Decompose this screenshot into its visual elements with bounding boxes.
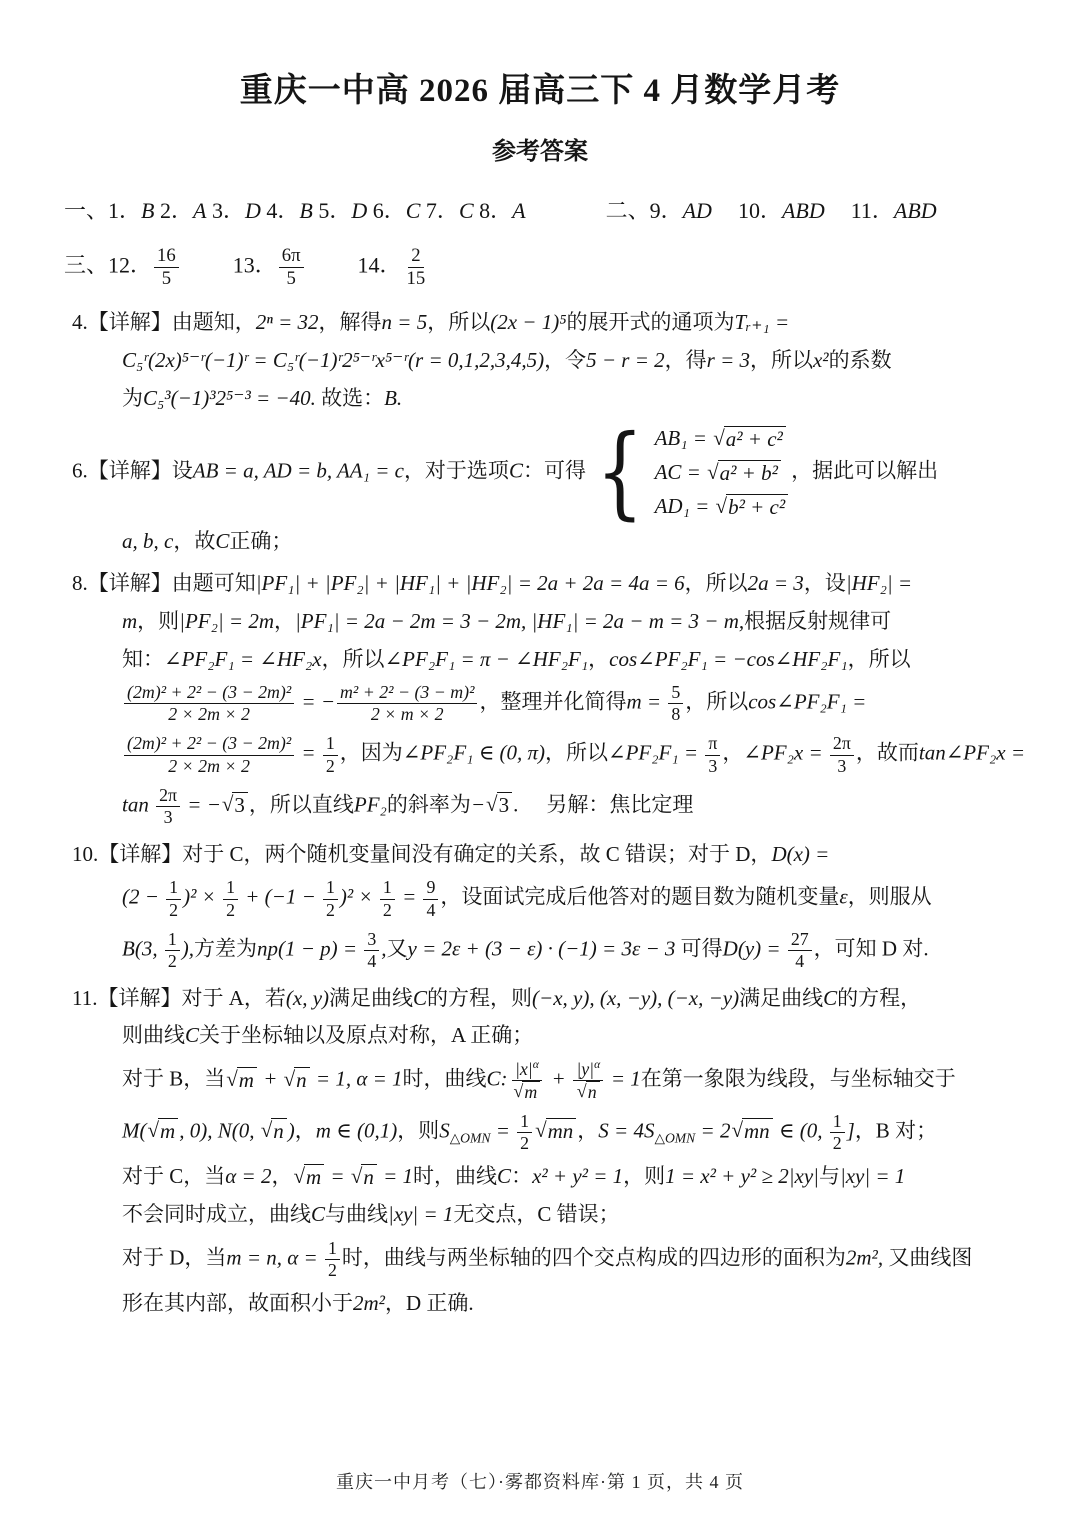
square-root: √a² + c²: [713, 426, 786, 451]
text-run: 故选：: [316, 386, 384, 410]
radicand: m: [237, 1067, 257, 1092]
math-run: 2 × m × 2: [371, 704, 444, 724]
subscript: △OMN: [654, 1130, 695, 1145]
fraction: 12: [517, 1111, 532, 1154]
text-run: ，: [588, 647, 609, 671]
denominator: 2 × m × 2: [368, 704, 447, 725]
numerator: 2π: [830, 733, 854, 755]
text-run: ，: [271, 1164, 292, 1188]
text-run: 在第一象限为线段，与坐标轴交于: [641, 1067, 956, 1091]
text-run: ，所以: [427, 310, 490, 334]
radicand: 3: [497, 792, 513, 817]
math-run: n: [273, 1119, 284, 1143]
math-run: ε: [839, 885, 847, 909]
text-run: 正确；: [229, 529, 292, 553]
math-run: C: [413, 986, 427, 1010]
radicand: 3: [232, 792, 248, 817]
text-run: ，则: [623, 1164, 665, 1188]
math-run: AB = a, AD = b, AA₁ = c: [193, 458, 404, 482]
denominator: 3: [834, 756, 849, 777]
square-root: √m: [226, 1067, 257, 1092]
radicand: n: [294, 1067, 310, 1092]
text-run: ，因为: [340, 741, 403, 765]
text-run: 与: [819, 1164, 840, 1188]
text-run: ，故: [173, 529, 215, 553]
text-run: 与曲线: [325, 1202, 388, 1226]
square-root: √m: [148, 1118, 179, 1143]
math-run: , 0), N(0,: [179, 1118, 260, 1142]
text-run: 无交点，C 错误；: [453, 1202, 619, 1226]
math-run: M(: [122, 1118, 147, 1142]
fraction: |y|α√n: [573, 1059, 604, 1103]
text-run: 时，曲线与两坐标轴的四个交点构成的四边形的面积为: [342, 1245, 846, 1269]
text-run: ：可得: [523, 458, 586, 482]
math-run: 2 × 2m × 2: [168, 756, 250, 776]
math-run: B: [141, 198, 154, 223]
text-run: ，整理并化简得: [479, 690, 626, 714]
solution-line: 不会同时成立，曲线C与曲线|xy| = 1无交点，C 错误；: [122, 1200, 1080, 1230]
math-run: ∈ (0,: [774, 1118, 828, 1142]
math-run: = 2: [695, 1118, 730, 1142]
text-run: 方差为: [194, 936, 257, 960]
text-run: 的斜率为: [387, 792, 471, 816]
math-run: −: [471, 792, 485, 816]
fraction: 12: [830, 1111, 845, 1154]
text-run: 11.【详解】对于 A，若: [72, 986, 286, 1010]
text-run: ，设面试完成后他答对的题目数为随机变量: [440, 885, 839, 909]
text-run: ，所以: [545, 741, 608, 765]
square-root: √m: [514, 1081, 541, 1103]
math-run: =: [325, 1164, 350, 1188]
numerator: 27: [788, 929, 812, 951]
text-run: 满足曲线: [739, 986, 823, 1010]
text-run: ，据此可以解出: [791, 458, 938, 482]
math-run: C₅ʳ(2x)⁵⁻ʳ(−1)ʳ = C₅ʳ(−1)ʳ2⁵⁻ʳx⁵⁻ʳ(r = 0…: [122, 348, 544, 372]
page-title: 重庆一中高 2026 届高三下 4 月数学月考: [0, 64, 1080, 111]
square-root: √3: [222, 792, 248, 817]
fraction: 2π3: [830, 733, 854, 776]
text-run: 不会同时成立，曲线: [122, 1202, 311, 1226]
solution-line: 8.【详解】由题可知|PF₁| + |PF₂| + |HF₁| + |HF₂| …: [72, 569, 1080, 599]
math-run: x² + y² = 1: [532, 1164, 623, 1188]
square-root: √mn: [731, 1118, 772, 1143]
denominator: 2: [325, 1260, 340, 1281]
text-run: 14．: [358, 253, 402, 278]
numerator: 1: [323, 733, 338, 755]
solution-line: (2 − 12)² × 12 + (−1 − 12)² × 12 = 94，设面…: [122, 877, 1080, 920]
math-run: α = 2: [225, 1164, 271, 1188]
text-run: ，所以直线: [249, 792, 354, 816]
solution-line: 则曲线C关于坐标轴以及原点对称，A 正确；: [122, 1021, 1080, 1051]
math-run: m ∈ (0,1): [316, 1118, 397, 1142]
text-run: 6．: [367, 198, 406, 223]
summary-line-2: 三、12．16513．6π514．215: [64, 245, 1080, 290]
text-run: ，可知 D 对.: [814, 936, 929, 960]
math-run: ABD: [782, 198, 825, 223]
math-run: np(1 − p) =: [257, 936, 362, 960]
fraction: 12: [166, 877, 181, 920]
math-run: PF₂: [354, 792, 387, 816]
math-run: C: [509, 458, 523, 482]
math-run: |PF₂| = 2m: [179, 609, 274, 633]
math-run: +: [258, 1067, 283, 1091]
text-run: ，所以: [848, 647, 911, 671]
radicand: n: [271, 1118, 287, 1143]
text-run: ，设: [804, 571, 846, 595]
text-run: 5．: [313, 198, 352, 223]
math-run: S: [439, 1118, 450, 1142]
superscript: α: [533, 1058, 539, 1071]
text-run: 8.【详解】由题可知: [72, 571, 256, 595]
denominator: 2 × 2m × 2: [165, 704, 253, 725]
solution-line: (2m)² + 2² − (3 − 2m)²2 × 2m × 2 = −m² +…: [122, 682, 1080, 725]
text-run: ，所以: [685, 690, 748, 714]
math-run: |xy| = 1: [388, 1202, 453, 1226]
math-run: (2m)² + 2² − (3 − 2m)²: [127, 733, 291, 753]
numerator: (2m)² + 2² − (3 − 2m)²: [124, 682, 294, 704]
numerator: 1: [223, 877, 238, 899]
solution-line: 对于 D，当m = n, α = 12时，曲线与两坐标轴的四个交点构成的四边形的…: [122, 1238, 1080, 1281]
radicand: a² + c²: [724, 426, 786, 451]
math-run: m: [306, 1165, 321, 1189]
spacer: [712, 212, 738, 213]
math-run: |x|: [515, 1059, 533, 1079]
solution-line: tan 2π3 = −√3，所以直线PF₂的斜率为−√3.另解：焦比定理: [122, 785, 1080, 828]
text-run: 10．: [738, 198, 782, 223]
math-run: cos∠PF₂F₁ =: [748, 690, 866, 714]
math-run: D(x) =: [771, 842, 829, 866]
solution-line: 4.【详解】由题知，2ⁿ = 32，解得n = 5，所以(2x − 1)⁵的展开…: [72, 308, 1080, 338]
text-run: ，所以: [750, 348, 813, 372]
square-root: √3: [486, 792, 512, 817]
solutions-section: 4.【详解】由题知，2ⁿ = 32，解得n = 5，所以(2x − 1)⁵的展开…: [0, 308, 1080, 1318]
denominator: √m: [510, 1081, 545, 1103]
text-run: ，则: [397, 1118, 439, 1142]
math-run: AD₁ =: [655, 494, 715, 518]
text-run: ，: [295, 1118, 316, 1142]
solution-q6: 6.【详解】设AB = a, AD = b, AA₁ = c，对于选项C：可得{…: [0, 426, 1080, 557]
math-run: B: [299, 198, 312, 223]
math-run: =: [296, 741, 321, 765]
numerator: 16: [154, 245, 179, 268]
fraction: 6π5: [279, 245, 304, 290]
spacer: [181, 267, 233, 268]
math-run: |xy| = 1: [840, 1164, 905, 1188]
denominator: 4: [423, 900, 438, 921]
text-run: 的方程，则: [427, 986, 532, 1010]
math-run: =: [397, 885, 422, 909]
solution-line: C₅ʳ(2x)⁵⁻ʳ(−1)ʳ = C₅ʳ(−1)ʳ2⁵⁻ʳx⁵⁻ʳ(r = 0…: [122, 346, 1080, 376]
math-run: AB₁ =: [655, 426, 713, 450]
math-run: C: [185, 1023, 199, 1047]
denominator: 2: [830, 1133, 845, 1154]
fraction: 274: [788, 929, 812, 972]
text-run: 时，曲线: [413, 1164, 497, 1188]
square-root: √n: [284, 1067, 310, 1092]
numerator: |y|α: [573, 1059, 603, 1081]
fraction: 58: [668, 682, 683, 725]
math-run: tan: [122, 792, 154, 816]
math-run: C: [311, 1202, 325, 1226]
square-root: √b² + c²: [716, 494, 789, 519]
denominator: 3: [705, 756, 720, 777]
case-row: AB₁ = √a² + c²: [655, 426, 790, 451]
text-run: 11．: [851, 198, 894, 223]
solution-line: B(3, 12),方差为np(1 − p) = 34,又y = 2ε + (3 …: [122, 929, 1080, 972]
text-run: ，故而: [856, 741, 919, 765]
fraction: 94: [423, 877, 438, 920]
case-row: AD₁ = √b² + c²: [655, 494, 790, 519]
solution-line: 11.【详解】对于 A，若(x, y)满足曲线C的方程，则(−x, y), (x…: [72, 984, 1080, 1014]
math-run: C: [459, 198, 474, 223]
solution-line: 10.【详解】对于 C，两个随机变量间没有确定的关系，故 C 错误；对于 D，D…: [72, 840, 1080, 870]
page-subtitle: 参考答案: [0, 131, 1080, 166]
denominator: 5: [159, 268, 174, 290]
spacer: [306, 267, 358, 268]
text-run: 关于坐标轴以及原点对称，A 正确；: [199, 1023, 533, 1047]
equation-system: {AB₁ = √a² + c²AC = √a² + b²AD₁ = √b² + …: [588, 426, 789, 520]
math-run: ∠PF₂F₁ =: [608, 741, 703, 765]
solution-line: 形在其内部，故面积小于2m²，D 正确.: [122, 1289, 1080, 1319]
solution-line: M(√m, 0), N(0, √n)，m ∈ (0,1)，则S△OMN = 12…: [122, 1111, 1080, 1154]
math-run: AD: [683, 198, 712, 223]
math-run: = 1, α = 1: [311, 1067, 403, 1091]
math-run: =: [491, 1118, 516, 1142]
text-run: ，对于选项: [404, 458, 509, 482]
denominator: 2 × 2m × 2: [165, 756, 253, 777]
numerator: (2m)² + 2² − (3 − 2m)²: [124, 733, 294, 755]
math-run: A: [193, 198, 206, 223]
text-run: 的展开式的通项为: [567, 310, 735, 334]
math-run: m: [524, 1082, 537, 1102]
math-run: C: [215, 529, 229, 553]
text-run: ，令: [544, 348, 586, 372]
denominator: 2: [323, 900, 338, 921]
numerator: 2: [408, 245, 423, 268]
radicand: mn: [546, 1118, 577, 1143]
math-run: = 1: [378, 1164, 413, 1188]
fraction: 12: [380, 877, 395, 920]
text-run: 二、9．: [606, 198, 683, 223]
denominator: 8: [668, 704, 683, 725]
text-run: ，: [722, 741, 743, 765]
math-run: (x, y): [286, 986, 329, 1010]
radicand: m: [522, 1081, 540, 1103]
text-run: 10.【详解】对于 C，两个随机变量间没有确定的关系，故 C 错误；对于 D，: [72, 842, 771, 866]
math-run: ∠PF₂F₁ = ∠HF₂x: [164, 647, 322, 671]
spacer: [526, 212, 606, 213]
text-run: 4.【详解】由题知，: [72, 310, 256, 334]
numerator: 1: [325, 1238, 340, 1260]
math-run: 2m²: [353, 1291, 385, 1315]
math-run: 2ⁿ = 32: [256, 310, 319, 334]
math-run: n: [588, 1082, 597, 1102]
fraction: m² + 2² − (3 − m)²2 × m × 2: [337, 682, 477, 725]
solution-line: 知：∠PF₂F₁ = ∠HF₂x，所以∠PF₂F₁ = π − ∠HF₂F₁，c…: [122, 645, 1080, 675]
math-run: C:: [487, 1067, 508, 1091]
text-run: 7．: [420, 198, 459, 223]
math-run: C: [823, 986, 837, 1010]
text-run: ，解得: [319, 310, 382, 334]
math-run: m: [239, 1068, 254, 1092]
math-run: 2a = 3: [748, 571, 804, 595]
math-run: a² + b²: [720, 461, 778, 485]
math-run: y = 2ε + (3 − ε) · (−1) = 3ε − 3: [408, 936, 676, 960]
math-run: 2m²,: [846, 1245, 883, 1269]
radicand: n: [361, 1164, 377, 1189]
numerator: 1: [517, 1111, 532, 1133]
subscript: △OMN: [450, 1130, 491, 1145]
fraction: 34: [364, 929, 379, 972]
math-run: + (−1 −: [240, 885, 321, 909]
text-run: 可得: [675, 936, 722, 960]
math-run: C₅³(−1)³2⁵⁻³ = −40.: [143, 386, 316, 410]
math-run: D: [245, 198, 261, 223]
math-run: 5 − r = 2: [586, 348, 665, 372]
math-run: n: [363, 1165, 374, 1189]
math-run: tan∠PF₂x =: [919, 741, 1025, 765]
document-page: 重庆一中高 2026 届高三下 4 月数学月考 参考答案 一、1．B 2．A 3…: [0, 64, 1080, 1318]
solution-line: 对于 B，当√m + √n = 1, α = 1时，曲线C:|x|α√m + |…: [122, 1059, 1080, 1103]
math-run: ABD: [894, 198, 937, 223]
numerator: 9: [423, 877, 438, 899]
numerator: |x|α: [512, 1059, 542, 1081]
math-run: B(3,: [122, 936, 163, 960]
superscript: α: [594, 1058, 600, 1071]
radicand: mn: [742, 1118, 773, 1143]
math-run: AC =: [655, 460, 707, 484]
text-run: 形在其内部，故面积小于: [122, 1291, 353, 1315]
math-run: S = 4S: [598, 1118, 654, 1142]
square-root: √a² + b²: [707, 460, 781, 485]
math-run: |HF₂| =: [846, 571, 912, 595]
text-run: 知：: [122, 647, 164, 671]
math-run: mn: [744, 1119, 770, 1143]
math-run: D: [351, 198, 367, 223]
denominator: 2: [517, 1133, 532, 1154]
math-run: (−x, y), (x, −y), (−x, −y): [532, 986, 739, 1010]
fraction: (2m)² + 2² − (3 − 2m)²2 × 2m × 2: [124, 733, 294, 776]
solution-line: a, b, c，故C正确；: [122, 527, 1080, 557]
math-run: = 1: [606, 1067, 641, 1091]
solution-q10: 10.【详解】对于 C，两个随机变量间没有确定的关系，故 C 错误；对于 D，D…: [0, 840, 1080, 972]
math-run: (2m)² + 2² − (3 − 2m)²: [127, 682, 291, 702]
spacer: [825, 212, 851, 213]
text-run: ：: [511, 1164, 532, 1188]
denominator: 15: [404, 268, 429, 290]
math-run: n = 5: [382, 310, 428, 334]
math-run: 1 = x² + y² ≥ 2|xy|: [665, 1164, 819, 1188]
math-run: 2 × 2m × 2: [168, 704, 250, 724]
solution-line: 6.【详解】设AB = a, AD = b, AA₁ = c，对于选项C：可得{…: [72, 426, 1080, 520]
radicand: m: [304, 1164, 324, 1189]
denominator: 2: [323, 756, 338, 777]
square-root: √mn: [535, 1118, 576, 1143]
fraction: 12: [223, 877, 238, 920]
square-root: √m: [293, 1164, 324, 1189]
denominator: √n: [573, 1081, 604, 1103]
fraction: 165: [154, 245, 179, 290]
solution-q4: 4.【详解】由题知，2ⁿ = 32，解得n = 5，所以(2x − 1)⁵的展开…: [0, 308, 1080, 413]
math-run: C: [497, 1164, 511, 1188]
text-run: 对于 B，当: [122, 1067, 225, 1091]
text-run: 一、1．: [64, 198, 141, 223]
text-run: 3．: [206, 198, 245, 223]
solution-line: 为C₅³(−1)³2⁵⁻³ = −40. 故选：B.: [122, 384, 1080, 414]
text-run: 的方程，: [837, 986, 921, 1010]
solution-q11: 11.【详解】对于 A，若(x, y)满足曲线C的方程，则(−x, y), (x…: [0, 984, 1080, 1319]
text-run: 满足曲线: [329, 986, 413, 1010]
fraction: 12: [325, 1238, 340, 1281]
text-run: 6.【详解】设: [72, 458, 193, 482]
fraction: 12: [323, 733, 338, 776]
text-run: 13．: [233, 253, 277, 278]
math-run: ): [288, 1118, 295, 1142]
text-run: 根据反射规律可: [744, 609, 891, 633]
solution-line: m，则|PF₂| = 2m，|PF₁| = 2a − 2m = 3 − 2m, …: [122, 607, 1080, 637]
radicand: a² + b²: [718, 460, 781, 485]
denominator: 2: [223, 900, 238, 921]
math-run: mn: [548, 1119, 574, 1143]
text-run: 又曲线图: [883, 1245, 972, 1269]
math-run: C: [406, 198, 421, 223]
answer-summary: 一、1．B 2．A 3．D 4．B 5．D 6．C 7．C 8．A二、9．AD1…: [0, 194, 1080, 290]
text-run: ，所以: [322, 647, 385, 671]
page-footer: 重庆一中月考（七）·雾都资料库·第 1 页，共 4 页: [0, 1468, 1080, 1494]
math-run: ]: [847, 1118, 855, 1142]
math-run: a, b, c: [122, 529, 173, 553]
text-run: 则曲线: [122, 1023, 185, 1047]
text-run: 为: [122, 386, 143, 410]
radicand: b² + c²: [726, 494, 788, 519]
solution-line: (2m)² + 2² − (3 − 2m)²2 × 2m × 2 = 12，因为…: [122, 733, 1080, 776]
text-run: ，所以: [685, 571, 748, 595]
text-run: 三、12．: [64, 253, 152, 278]
text-run: .: [513, 792, 518, 816]
text-run: ，则服从: [848, 885, 932, 909]
text-run: ，得: [665, 348, 707, 372]
numerator: 1: [166, 877, 181, 899]
math-run: n: [296, 1068, 307, 1092]
numerator: 1: [165, 929, 180, 951]
math-run: = −: [182, 792, 221, 816]
fraction: 12: [165, 929, 180, 972]
fraction: 12: [323, 877, 338, 920]
math-run: ∠PF₂F₁ = π − ∠HF₂F₁: [385, 647, 589, 671]
math-run: +: [546, 1067, 571, 1091]
math-run: cos∠PF₂F₁ = −cos∠HF₂F₁: [609, 647, 848, 671]
denominator: 4: [364, 951, 379, 972]
solution-line: 对于 C，当α = 2，√m = √n = 1时，曲线C：x² + y² = 1…: [122, 1162, 1080, 1192]
math-run: m: [160, 1119, 175, 1143]
left-brace: {: [596, 432, 644, 512]
text-run: 的系数: [829, 348, 892, 372]
math-run: m: [122, 609, 137, 633]
text-run: 对于 D，当: [122, 1245, 226, 1269]
denominator: 4: [792, 951, 807, 972]
math-run: )² ×: [340, 885, 378, 909]
text-run: ，B 对；: [855, 1118, 937, 1142]
denominator: 2: [380, 900, 395, 921]
math-run: (2 −: [122, 885, 164, 909]
math-run: m = n, α =: [226, 1245, 323, 1269]
spacer: [518, 806, 546, 807]
math-run: Tᵣ₊₁ =: [735, 310, 790, 334]
math-run: r = 3: [707, 348, 750, 372]
numerator: 3: [364, 929, 379, 951]
numerator: 1: [830, 1111, 845, 1133]
numerator: 1: [380, 877, 395, 899]
